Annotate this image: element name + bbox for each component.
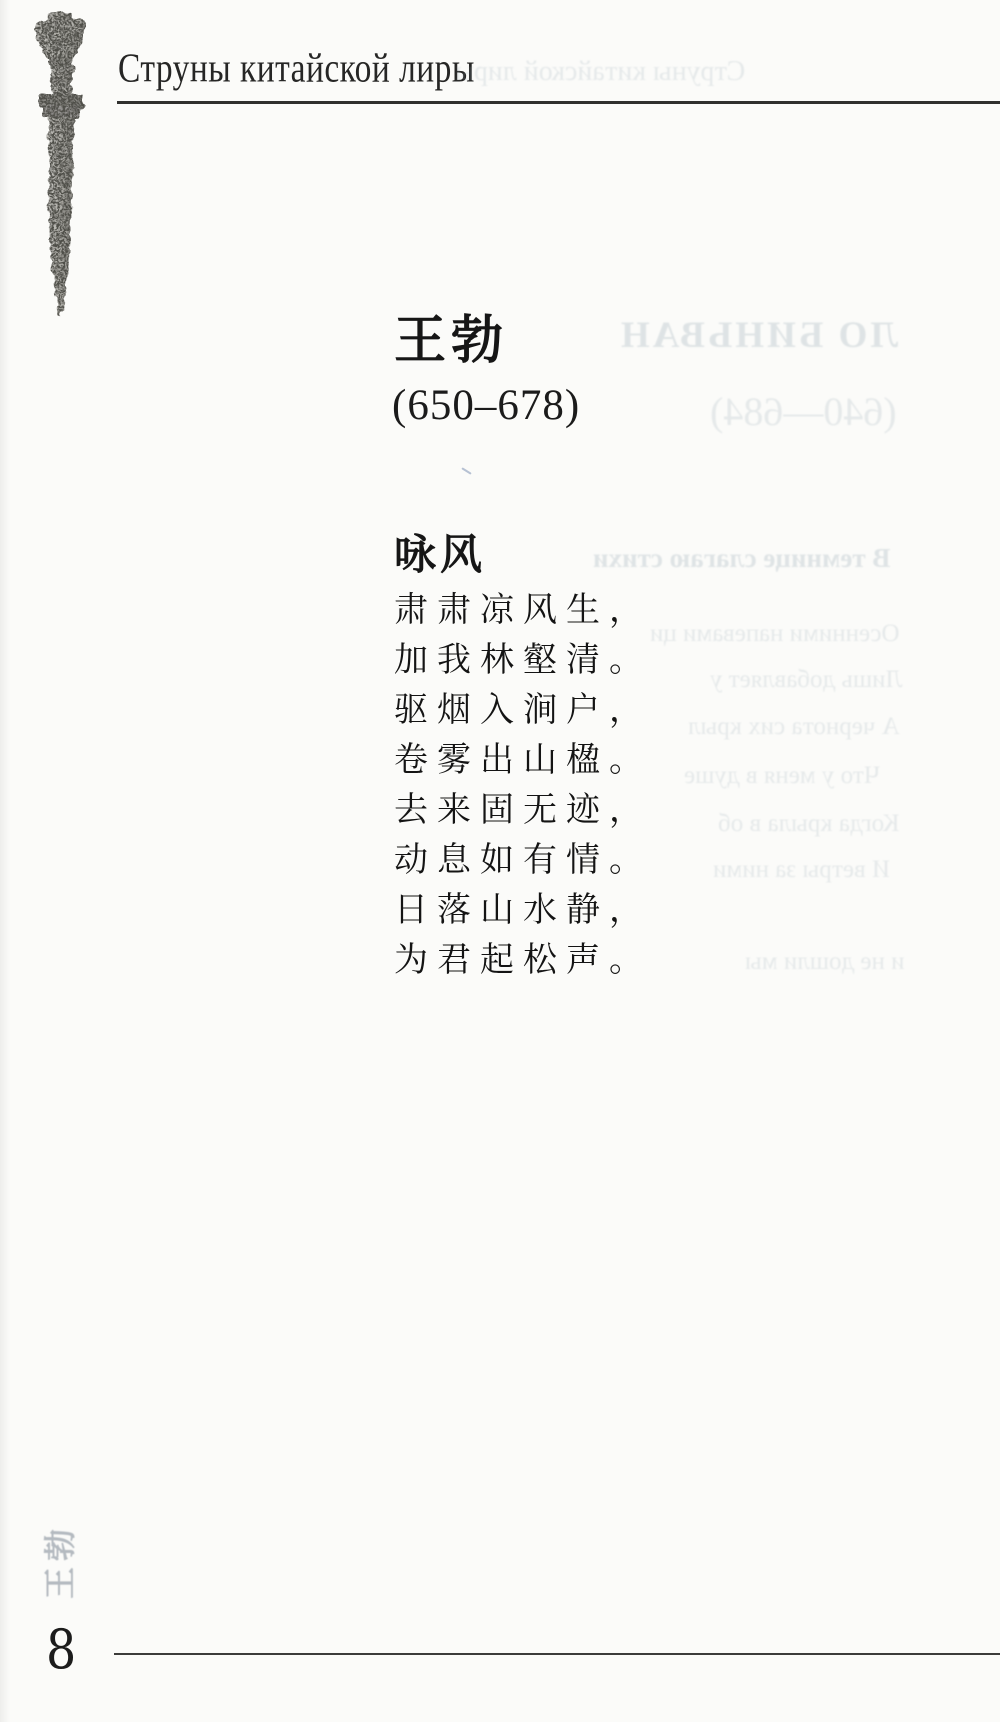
bleedthrough-years: (640—684): [710, 388, 897, 435]
poem-line: 卷雾出山楹。: [394, 736, 652, 786]
bleedthrough-line: Что у меня в душе: [684, 762, 880, 790]
poem-line: 去来固无迹，: [394, 786, 652, 836]
poem-line: 肃肃凉风生，: [394, 586, 652, 636]
bleedthrough-line: и не дошли мы: [745, 948, 905, 976]
poem-line: 日落山水静，: [394, 886, 652, 936]
bleedthrough-line: Осенними напевами ци: [650, 620, 900, 648]
header-rule: [117, 101, 1000, 104]
page-number: 8: [46, 1618, 76, 1681]
author-years: (650–678): [392, 381, 580, 430]
book-page: Струны китайской лиры Струны китайской л…: [0, 0, 1000, 1722]
poem-line: 动息如有情。: [394, 836, 652, 886]
bleedthrough-title: ЛО БИНЬВАН: [618, 314, 898, 357]
running-head: Струны китайской лиры: [118, 44, 475, 92]
bleedthrough-line: А чернота сих крыл: [688, 713, 900, 741]
bleedthrough-line: Когда крыла в об: [718, 810, 900, 838]
poem-line: 驱烟入涧户，: [394, 686, 652, 736]
scan-edge-shade: [0, 0, 10, 1722]
footer-rule: [114, 1653, 1000, 1655]
ink-speck: [461, 467, 471, 475]
author-name: 王勃: [394, 298, 508, 373]
poem-line: 为君起松声。: [394, 936, 652, 986]
sword-photo: [34, 10, 90, 324]
bleedthrough-line: Лишь добавляет у: [710, 666, 903, 694]
poem-line: 加我林壑清。: [394, 636, 652, 686]
bleedthrough-header: Струны китайской лиры: [455, 56, 745, 88]
poem-title: 咏风: [394, 522, 486, 582]
bleedthrough-line: В темнице слагаю стихи: [593, 543, 890, 574]
side-label-author: 王勃: [35, 1501, 81, 1621]
bleedthrough-line: И ветры за ними: [713, 856, 890, 884]
poem-body: 肃肃凉风生， 加我林壑清。 驱烟入涧户， 卷雾出山楹。 去来固无迹， 动息如有情…: [394, 586, 652, 986]
